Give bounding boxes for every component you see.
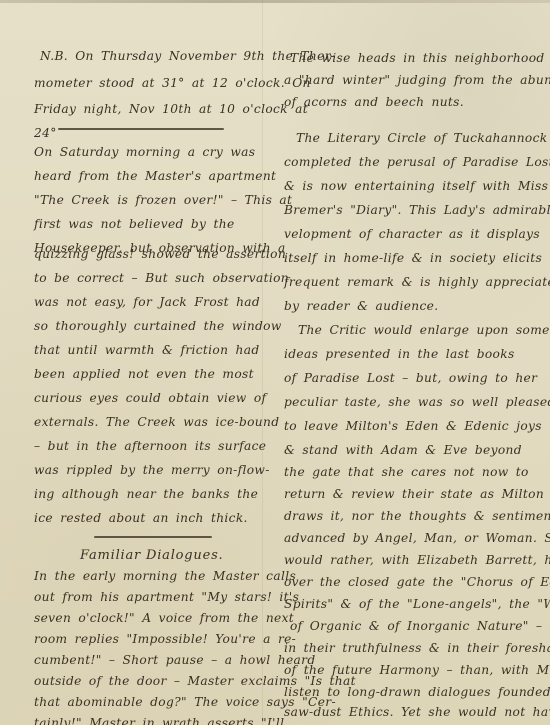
dialogue-line: out from his apartment "My stars! it's <box>34 591 299 603</box>
literary-circle-line: of Organic & of Inorganic Nature" – maje… <box>290 620 550 632</box>
frozen-creek-line: was not easy, for Jack Frost had <box>34 296 260 308</box>
dialogue-line: cumbent!" – Short pause – a howl heard <box>34 654 315 666</box>
frozen-creek-line: been applied not even the most <box>34 368 254 380</box>
frozen-creek-line: first was not believed by the <box>34 218 235 230</box>
frozen-creek-line: so thoroughly curtained the window <box>34 320 282 332</box>
literary-circle-line: of Paradise Lost – but, owing to her <box>284 372 537 384</box>
weather-note-line: mometer stood at 31° at 12 o'clock. On <box>34 77 311 89</box>
literary-circle-line: advanced by Angel, Man, or Woman. She <box>284 532 550 544</box>
literary-circle-line: listen to long-drawn dialogues founded o… <box>284 686 550 698</box>
literary-circle-line: Spirits" & of the "Lone-angels", the "Wa… <box>284 598 550 610</box>
dialogue-line: tainly!" Master in wrath asserts "I'll <box>34 717 284 725</box>
dialogue-line: In the early morning the Master calls <box>34 570 296 582</box>
literary-circle-line: to leave Milton's Eden & Edenic joys <box>284 420 542 432</box>
section-divider <box>94 536 212 538</box>
literary-circle-line: The Literary Circle of Tuckahannock has <box>296 132 550 144</box>
frozen-creek-line: externals. The Creek was ice-bound <box>34 416 279 428</box>
section-divider <box>58 128 224 130</box>
frozen-creek-line: ing although near the banks the <box>34 488 258 500</box>
literary-circle-line: & stand with Adam & Eve beyond <box>284 444 522 456</box>
literary-circle-line: would rather, with Elizabeth Barrett, he… <box>284 554 550 566</box>
weather-note-line: 24° <box>34 127 57 139</box>
literary-circle-line: by reader & audience. <box>284 300 438 312</box>
wise-heads-line: a "hard winter" judging from the abundan… <box>284 74 550 86</box>
frozen-creek-line: curious eyes could obtain view of <box>34 392 266 404</box>
weather-note-line: Friday night, Nov 10th at 10 o'clock at <box>34 103 308 115</box>
literary-circle-line: completed the perusal of Paradise Lost <box>284 156 550 168</box>
literary-circle-line: peculiar taste, she was so well pleased <box>284 396 550 408</box>
manuscript-page: N.B. On Thursday November 9th the Ther- … <box>0 0 550 725</box>
literary-circle-line: draws it, nor the thoughts & sentiments <box>284 510 550 522</box>
frozen-creek-line: was rippled by the merry on-flow- <box>34 464 270 476</box>
literary-circle-line: of the future Harmony – than, with Milto… <box>284 664 550 676</box>
frozen-creek-line: "The Creek is frozen over!" – This at <box>34 194 292 206</box>
literary-circle-line: itself in home-life & in society elicits <box>284 252 542 264</box>
literary-circle-line: velopment of character as it displays <box>284 228 540 240</box>
frozen-creek-line: heard from the Master's apartment <box>34 170 276 182</box>
dialogue-line: room replies "Impossible! You're a re- <box>34 633 296 645</box>
literary-circle-line: the gate that she cares not now to <box>284 466 529 478</box>
literary-circle-line: in their truthfulness & in their foresha… <box>284 642 550 654</box>
dialogue-line: seven o'clock!" A voice from the next <box>34 612 294 624</box>
wise-heads-line: The wise heads in this neighborhood pred… <box>290 52 550 64</box>
wise-heads-line: of acorns and beech nuts. <box>284 96 464 108</box>
familiar-dialogues-title: Familiar Dialogues. <box>80 548 224 563</box>
literary-circle-line: & is now entertaining itself with Miss <box>284 180 548 192</box>
literary-circle-line: ideas presented in the last books <box>284 348 515 360</box>
frozen-creek-line: On Saturday morning a cry was <box>34 146 255 158</box>
literary-circle-line: The Critic would enlarge upon some <box>298 324 550 336</box>
page-top-edge <box>0 0 550 3</box>
literary-circle-line: saw-dust Ethics. Yet she would not have <box>284 706 550 718</box>
frozen-creek-line: that until warmth & friction had <box>34 344 260 356</box>
frozen-creek-line: – but in the afternoon its surface <box>34 440 266 452</box>
frozen-creek-line: to be correct – But such observation <box>34 272 289 284</box>
literary-circle-line: frequent remark & is highly appreciated <box>284 276 550 288</box>
literary-circle-line: over the closed gate the "Chorus of Eden <box>284 576 550 588</box>
frozen-creek-line: quizzing glass! showed the assertion <box>34 248 286 260</box>
frozen-creek-line: ice rested about an inch thick. <box>34 512 248 524</box>
literary-circle-line: Bremer's "Diary". This Lady's admirable … <box>284 204 550 216</box>
literary-circle-line: return & review their state as Milton <box>284 488 544 500</box>
